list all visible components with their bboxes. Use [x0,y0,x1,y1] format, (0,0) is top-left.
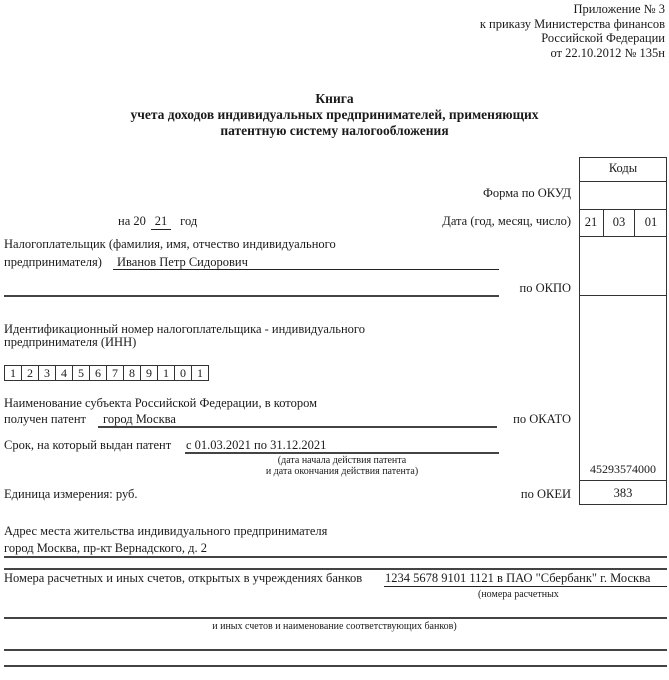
inn-digit: 3 [39,366,56,380]
term-field[interactable]: с 01.03.2021 по 31.12.2021 [186,438,326,453]
appendix-line3: Российской Федерации [480,31,665,46]
okei-label: по ОКЕИ [521,487,571,502]
accounts-hint-line1: (номера расчетных [478,589,559,600]
region-label-line1: Наименование субъекта Российской Федерац… [4,396,317,411]
divider [579,236,667,237]
taxpayer-label-line1: Налогоплательщик (фамилия, имя, отчество… [4,237,336,252]
term-hint: (дата начала действия патента и дата око… [185,455,499,477]
region-field[interactable]: город Москва [103,412,176,427]
okud-label: Форма по ОКУД [483,186,571,201]
appendix-line4: от 22.10.2012 № 135н [480,46,665,61]
taxpayer-name-field[interactable]: Иванов Петр Сидорович [117,255,248,270]
inn-field[interactable]: 1 2 3 4 5 6 7 8 9 1 0 1 [4,365,209,381]
underline [185,452,499,454]
divider [579,209,667,210]
underline [4,617,667,619]
underline [4,665,667,667]
underline [98,426,497,428]
codes-header: Коды [579,161,667,176]
inn-digit: 0 [175,366,192,380]
accounts-label: Номера расчетных и иных счетов, открытых… [4,571,362,586]
unit-label: Единица измерения: руб. [4,487,138,502]
term-hint-line2: и дата окончания действия патента) [185,466,499,477]
inn-digit: 5 [73,366,90,380]
okpo-label: по ОКПО [520,281,571,296]
date-year-cell[interactable]: 21 [579,215,603,230]
divider [579,181,667,182]
appendix-line1: Приложение № 3 [480,2,665,17]
taxpayer-label-line2: предпринимателя) [4,255,102,270]
region-label-line2: получен патент [4,412,86,427]
underline [4,649,667,651]
document-title: Книга учета доходов индивидуальных предп… [0,91,669,139]
date-label: Дата (год, месяц, число) [442,214,571,229]
appendix-block: Приложение № 3 к приказу Министерства фи… [480,2,665,60]
year-value[interactable]: 21 [151,214,171,230]
divider [579,295,667,296]
underline [4,295,499,297]
underline [4,568,667,570]
accounts-field[interactable]: 1234 5678 9101 1121 в ПАО "Сбербанк" г. … [385,571,667,586]
inn-digit: 8 [124,366,141,380]
address-label: Адрес места жительства индивидуального п… [4,524,327,539]
okato-label: по ОКАТО [513,412,571,427]
date-day-cell[interactable]: 01 [635,215,667,230]
title-line3: патентную систему налогообложения [0,123,669,139]
underline [4,556,667,558]
term-hint-line1: (дата начала действия патента [185,455,499,466]
inn-digit: 2 [22,366,39,380]
year-row: на 20 21 год [118,214,197,230]
accounts-hint-line2: и иных счетов и наименование соответству… [0,621,669,632]
term-label: Срок, на который выдан патент [4,438,171,453]
inn-label-line2: предпринимателя (ИНН) [4,335,136,350]
year-prefix: на 20 [118,214,146,228]
date-month-cell[interactable]: 03 [604,215,634,230]
inn-digit: 9 [141,366,158,380]
okato-value[interactable]: 45293574000 [579,462,667,477]
inn-digit: 4 [56,366,73,380]
title-line1: Книга [0,91,669,107]
year-suffix: год [180,214,197,228]
divider [579,480,667,481]
title-line2: учета доходов индивидуальных предпринима… [0,107,669,123]
inn-digit: 1 [158,366,175,380]
inn-digit: 6 [90,366,107,380]
okei-value[interactable]: 383 [579,486,667,501]
inn-digit: 1 [192,366,208,380]
inn-digit: 7 [107,366,124,380]
underline [384,586,667,587]
inn-digit: 1 [5,366,22,380]
address-field[interactable]: город Москва, пр-кт Вернадского, д. 2 [4,541,207,556]
underline [113,269,499,270]
appendix-line2: к приказу Министерства финансов [480,17,665,32]
